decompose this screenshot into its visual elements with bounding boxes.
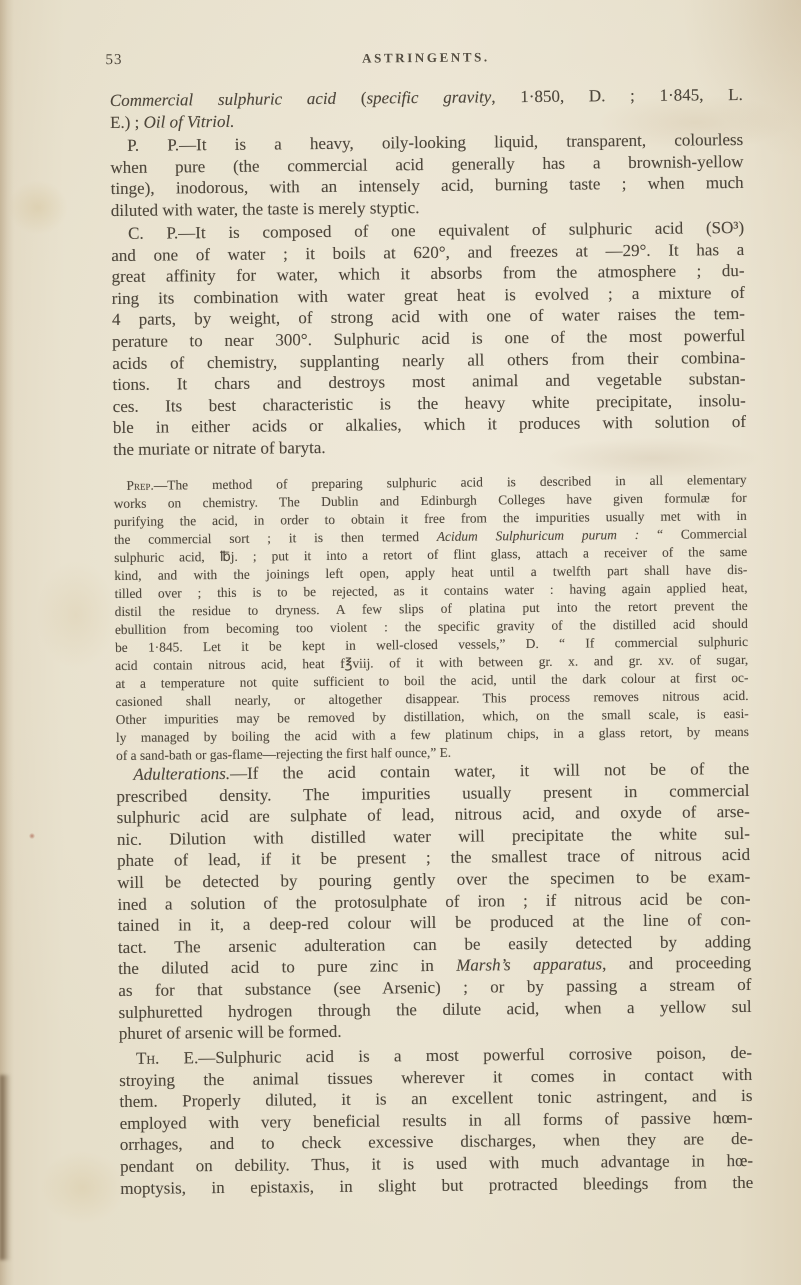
book-page-scan: 53 ASTRINGENTS. Commercial sulphuric aci… — [0, 0, 801, 1285]
paragraph-physical-properties: P. P.—It is a heavy, oily-looking liquid… — [110, 129, 744, 221]
entry-heading: Commercial sulphuric acid (specific grav… — [110, 84, 743, 134]
paragraph-therapeutic-effects: Th. E.—Sulphuric acid is a most powerful… — [119, 1042, 753, 1199]
running-title: ASTRINGENTS. — [109, 47, 742, 69]
paragraph-chemical-properties: C. P.—It is composed of one equivalent o… — [111, 217, 746, 461]
page-header: 53 ASTRINGENTS. — [109, 46, 742, 70]
page-content: 53 ASTRINGENTS. Commercial sulphuric aci… — [0, 0, 801, 1285]
paragraph-adulterations: Adulterations.—If the acid contain water… — [116, 758, 752, 1045]
paragraph-preparation: Prep.—The method of preparing sulphuric … — [113, 471, 749, 765]
